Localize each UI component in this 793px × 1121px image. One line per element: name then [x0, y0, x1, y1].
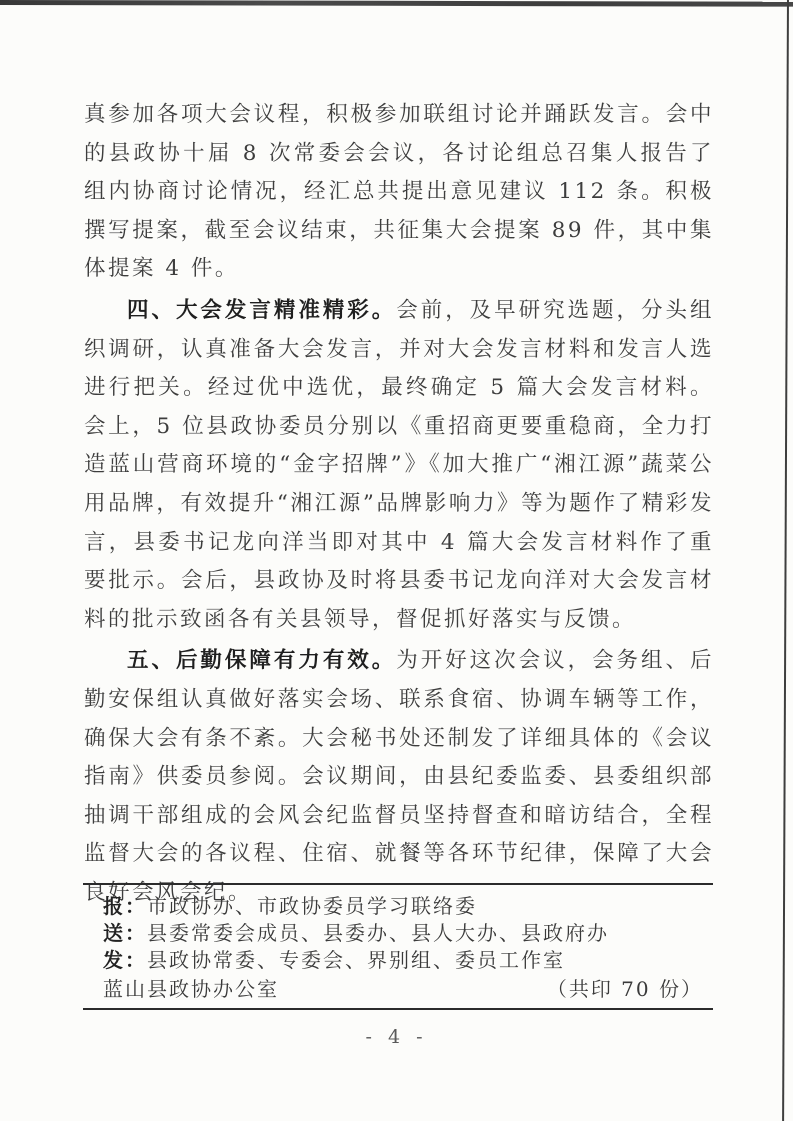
- scan-edge-right-artifact: [782, 0, 789, 1121]
- distribution-line-issue: 发：县政协常委、专委会、界别组、委员工作室: [103, 947, 703, 974]
- distribution-block: 报：市政协办、市政协委员学习联络委 送：县委常委会成员、县委办、县人大办、县政府…: [83, 883, 713, 1010]
- distribution-issuer-line: 蓝山县政协办公室 （共印 70 份）: [103, 974, 703, 1005]
- body-paragraph-section-4: 四、大会发言精准精彩。会前，及早研究选题，分头组织调研，认真准备大会发言，并对大…: [84, 292, 714, 639]
- distribution-label: 送：: [103, 921, 147, 945]
- distribution-recipients: 县委常委会成员、县委办、县人大办、县政府办: [147, 921, 609, 945]
- distribution-line-send: 送：县委常委会成员、县委办、县人大办、县政府办: [103, 920, 703, 947]
- distribution-line-report: 报：市政协办、市政协委员学习联络委: [103, 893, 703, 920]
- scan-edge-top-artifact: [0, 0, 793, 7]
- body-paragraph-section-5: 五、后勤保障有力有效。为开好这次会议，会务组、后勤安保组认真做好落实会场、联系食…: [84, 642, 714, 912]
- distribution-label: 报：: [103, 894, 147, 918]
- page-number: - 4 -: [0, 1026, 793, 1048]
- print-copies: （共印 70 份）: [547, 974, 703, 1005]
- scanned-document-page: 真参加各项大会议程，积极参加联组讨论并踊跃发言。会中的县政协十届 8 次常委会会…: [0, 0, 793, 1121]
- body-paragraph-continuation: 真参加各项大会议程，积极参加联组讨论并踊跃发言。会中的县政协十届 8 次常委会会…: [84, 96, 714, 289]
- section-heading: 四、大会发言精准精彩。: [127, 298, 396, 323]
- distribution-recipients: 县政协常委、专委会、界别组、委员工作室: [147, 948, 565, 972]
- issuing-office: 蓝山县政协办公室: [103, 974, 279, 1005]
- section-heading: 五、后勤保障有力有效。: [127, 648, 396, 673]
- distribution-recipients: 市政协办、市政协委员学习联络委: [147, 894, 477, 918]
- paragraph-text: 会前，及早研究选题，分头组织调研，认真准备大会发言，并对大会发言材料和发言人选进…: [84, 298, 714, 632]
- paragraph-text: 真参加各项大会议程，积极参加联组讨论并踊跃发言。会中的县政协十届 8 次常委会会…: [84, 102, 714, 281]
- document-body: 真参加各项大会议程，积极参加联组讨论并踊跃发言。会中的县政协十届 8 次常委会会…: [84, 96, 714, 912]
- paragraph-text: 为开好这次会议，会务组、后勤安保组认真做好落实会场、联系食宿、协调车辆等工作，确…: [84, 648, 714, 905]
- distribution-label: 发：: [103, 948, 147, 972]
